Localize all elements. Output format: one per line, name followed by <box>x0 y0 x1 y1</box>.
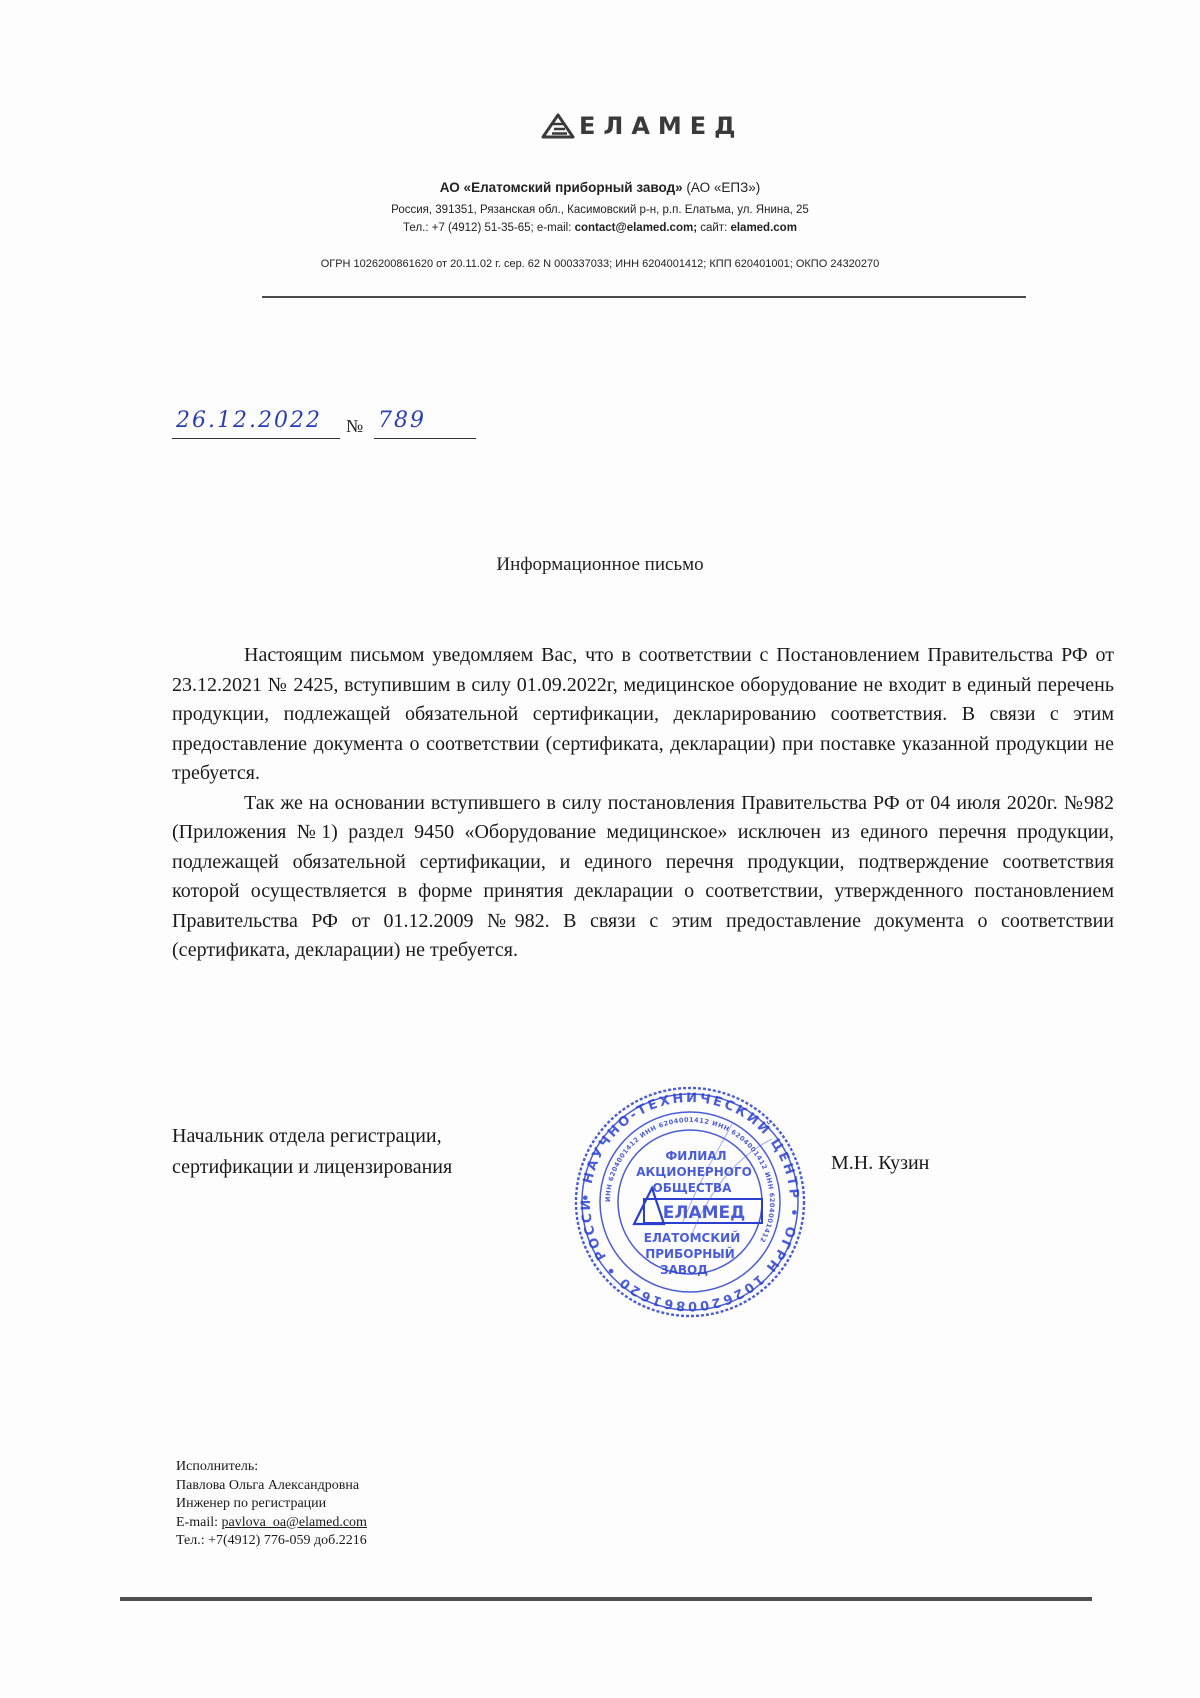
executor-phone: Тел.: +7(4912) 776-059 доб.2216 <box>176 1532 367 1551</box>
number-sign: № <box>346 416 363 437</box>
site-prefix: сайт: <box>697 222 730 234</box>
company-name: АО «Елатомский приборный завод» <box>440 180 683 195</box>
company-contacts: Тел.: +7 (4912) 51-35-65; e-mail: contac… <box>0 222 1200 234</box>
executor-block: Исполнитель: Павлова Ольга Александровна… <box>176 1458 367 1551</box>
stamp-text: ЕЛАТОМСКИЙ <box>644 1230 740 1245</box>
executor-email-label: E-mail: <box>176 1515 222 1530</box>
stamp-brand: ЕЛАМЕД <box>663 1203 746 1223</box>
executor-name: Павлова Ольга Александровна <box>176 1477 367 1496</box>
phone-prefix: Тел.: +7 (4912) 51-35-65; e-mail: <box>403 222 575 234</box>
company-logo: ЕЛАМЕД <box>541 112 744 140</box>
handwritten-date: 26.12.2022 <box>176 408 322 433</box>
executor-position: Инженер по регистрации <box>176 1495 367 1514</box>
stamp-text: ЗАВОД <box>660 1263 708 1277</box>
company-site-link[interactable]: elamed.com <box>730 222 796 234</box>
signatory-role-line: Начальник отдела регистрации, <box>172 1121 452 1152</box>
executor-label: Исполнитель: <box>176 1458 367 1477</box>
body-paragraph: Так же на основании вступившего в силу п… <box>172 789 1114 966</box>
brand-name: ЕЛАМЕД <box>579 112 744 140</box>
letter-body: Настоящим письмом уведомляем Вас, что в … <box>172 641 1114 966</box>
handwritten-number: 789 <box>378 408 426 433</box>
company-address: Россия, 391351, Рязанская обл., Касимовс… <box>0 204 1200 216</box>
number-field: 789 <box>374 412 476 439</box>
company-registration-details: ОГРН 1026200861620 от 20.11.02 г. сер. 6… <box>0 258 1200 270</box>
elamed-triangle-logo-icon <box>541 113 575 139</box>
company-short-name: (АО «ЕПЗ») <box>683 180 761 195</box>
company-email-link[interactable]: contact@elamed.com; <box>575 222 697 234</box>
company-name-line: АО «Елатомский приборный завод» (АО «ЕПЗ… <box>0 180 1200 195</box>
executor-email-line: E-mail: pavlova_oa@elamed.com <box>176 1514 367 1533</box>
document-title: Информационное письмо <box>0 554 1200 576</box>
executor-email-link[interactable]: pavlova_oa@elamed.com <box>222 1515 367 1530</box>
date-field: 26.12.2022 <box>172 412 340 439</box>
body-paragraph: Настоящим письмом уведомляем Вас, что в … <box>172 641 1114 789</box>
footer-divider <box>120 1597 1092 1601</box>
header-divider <box>262 296 1026 298</box>
signatory-role-line: сертификации и лицензирования <box>172 1152 452 1183</box>
signatory-role: Начальник отдела регистрации, сертификац… <box>172 1121 452 1183</box>
letter-page: ЕЛАМЕД АО «Елатомский приборный завод» (… <box>0 0 1200 1698</box>
stamp-text: ПРИБОРНЫЙ <box>645 1246 735 1261</box>
company-seal-stamp: • НАУЧНО-ТЕХНИЧЕСКИЙ ЦЕНТР • ОГРН 102620… <box>572 1084 808 1320</box>
signatory-name: М.Н. Кузин <box>831 1152 929 1175</box>
